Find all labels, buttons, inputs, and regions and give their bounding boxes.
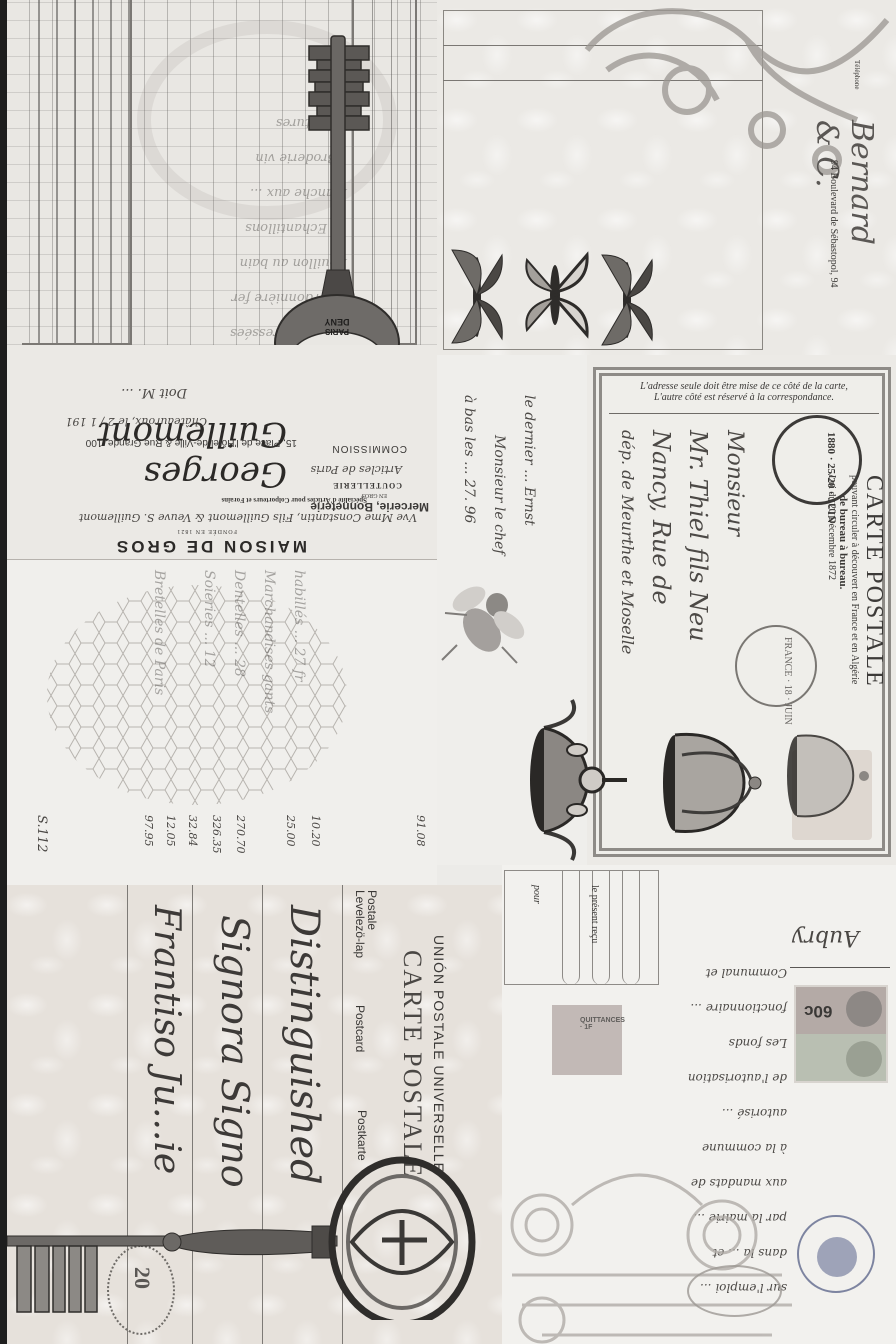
postcard-2-header: UNIÓN POSTALE UNIVERSELLE (431, 935, 447, 1173)
trade-line-4: Articles de Paris (311, 463, 402, 476)
ledger-number: 12.05 (164, 815, 177, 847)
address-line: Mr. Thiel fils Neu (684, 430, 712, 642)
honeycomb-ledger-panel: habillés ... 27 fr Marchandises gants De… (7, 560, 437, 885)
bernard-letterhead: Bernard & C. 94 Boulevard de Sébastopol,… (789, 20, 889, 340)
receipt-tab (562, 870, 580, 985)
signature-rule (790, 967, 890, 968)
stamp-portrait-icon (846, 1041, 882, 1077)
ledger-number: 270.70 (234, 815, 247, 854)
invoice-date: Châteauroux, le 2 / 1 191 (65, 415, 207, 428)
address-line: Nancy, Rue de (647, 430, 675, 605)
receipt-form: pour le présent reçu QUITTANCES · 1F (502, 865, 662, 1105)
oval-cancel-stamp (687, 1265, 782, 1317)
receipt-tab (622, 870, 640, 985)
key-stamp-text: DENY (324, 317, 349, 327)
postcard-subtitle: pouvant circuler à découvert en France e… (849, 475, 860, 688)
swallowtail-icon (517, 250, 592, 340)
bernard-name: Bernard & C. (809, 120, 879, 245)
ledger-number: 91.08 (414, 815, 427, 847)
bernard-address: 94 Boulevard de Sébastopol, 94 (828, 160, 839, 287)
crown-small-icon (782, 718, 872, 833)
quittance-stamp: QUITTANCES · 1F (552, 1005, 622, 1075)
address-line: Monsieur (722, 430, 747, 536)
butterfly-icon (447, 245, 507, 350)
ledger-number: 97.95 (142, 815, 155, 847)
script-line: Frantiso Ju...ie (146, 905, 187, 1174)
ledger-number: 326.35 (210, 815, 223, 854)
stamp-value: 60c (804, 1001, 832, 1021)
postmark-1: 1880 · 25/20 · JUIN (772, 415, 862, 505)
receipt-panel: pour le présent reçu QUITTANCES · 1F sur… (502, 865, 896, 1344)
invoice-header: MAISON DE GROS (114, 536, 307, 556)
quittance-stamp-text: QUITTANCES · 1F (580, 1017, 625, 1031)
postmark-2-text: FRANCE · 18 · JUIN (782, 637, 793, 725)
address-line: dép. de Meurthe et Moselle (618, 430, 637, 654)
instruction-line-1: L'adresse seule doit être mise de ce côt… (609, 381, 879, 392)
signature: Aubry (792, 925, 859, 950)
commission-label: COMMISSION (331, 443, 407, 454)
translation-label: Levelezö-lap (353, 890, 367, 958)
postcard-instructions: L'adresse seule doit être mise de ce côt… (609, 381, 879, 403)
ledger-number: 25.00 (284, 815, 297, 847)
blue-seal (797, 1215, 875, 1293)
upu-header: UNIÓN POSTALE UNIVERSELLE (431, 935, 447, 1173)
grid-paper-panel: Bernard & C. 94 Boulevard de Sébastopol,… (437, 0, 896, 355)
crown-medium-icon (657, 715, 767, 850)
invoice-maison-panel: MAISON DE GROS FONDÉE EN 1821 Vve Mme Co… (7, 345, 437, 560)
stamp-portrait-icon (846, 991, 882, 1027)
ledger-number: 10.20 (309, 815, 322, 847)
translation-label: Postcard (353, 1005, 367, 1052)
ledger-number: S.112 (34, 815, 49, 852)
instruction-rule (609, 413, 879, 414)
carte-postale-2: Distinguished Signora Signo Frantiso Ju.… (7, 885, 502, 1344)
trade-line-1: Mercerie, Bonneterie (310, 500, 429, 514)
collage-canvas: Lettres adressées Cordonnière fer Bouill… (7, 0, 896, 1344)
invoice-founded: FONDÉE EN 1821 (176, 528, 237, 534)
receipt-field: pour (531, 885, 542, 904)
butterfly-icon (597, 250, 657, 350)
postcard-title: CARTE POSTALE (860, 475, 887, 688)
postage-stamp-60c: 60c (794, 985, 888, 1083)
svg-text:PARIS: PARIS (324, 327, 349, 336)
bernard-telephone: Téléphone (853, 60, 861, 90)
instruction-line-2: L'autre côté est réservé à la correspond… (609, 392, 879, 403)
invoice-addressee: Doit M. ... (121, 385, 187, 400)
invoice-upside-down: MAISON DE GROS FONDÉE EN 1821 Vve Mme Co… (7, 345, 437, 560)
ornate-key-icon (7, 1140, 502, 1320)
postmark-1-text: 1880 · 25/20 · JUIN (825, 432, 837, 523)
invoice-address: 15, Place de l'Hôtel-de-Ville & Rue Gran… (86, 437, 297, 448)
seal-emblem-icon (817, 1237, 857, 1277)
crown-large-icon (522, 680, 632, 880)
trade-line-2: EN GROS (361, 492, 387, 498)
ledger-number: 32.84 (186, 815, 199, 847)
translation-label: Postale (365, 890, 379, 930)
postmark-2: FRANCE · 18 · JUIN (735, 625, 817, 707)
trade-line-3: COUTELLERIE (332, 481, 402, 490)
bee-icon (437, 575, 532, 665)
ledger-table (22, 0, 132, 345)
postcard-line2: de bureau à bureau. (837, 475, 849, 688)
ledger-numbers: S.112 97.95 12.05 32.84 326.35 270.70 25… (27, 810, 427, 880)
receipt-field: le présent reçu (589, 885, 600, 943)
